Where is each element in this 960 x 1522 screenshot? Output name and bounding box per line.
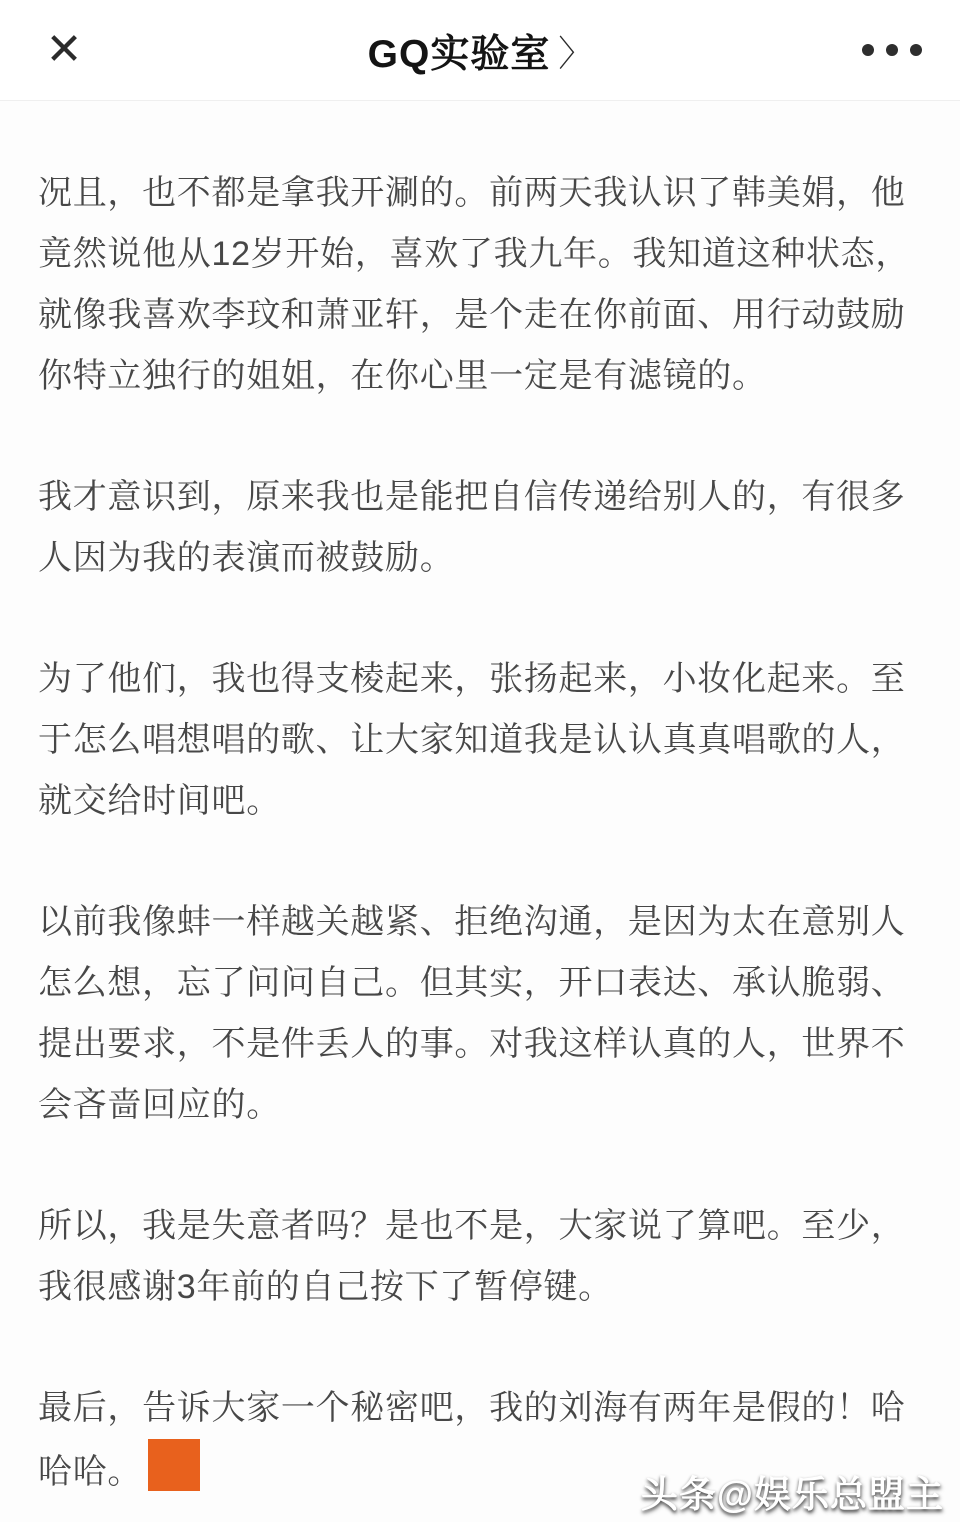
more-dot: [886, 44, 898, 56]
more-menu-icon[interactable]: [852, 24, 932, 76]
top-nav-bar: ✕ GQ实验室 〉: [0, 0, 960, 101]
nav-title-area: GQ实验室 〉: [0, 0, 960, 101]
paragraph: 以前我像蚌一样越关越紧、拒绝沟通，是因为太在意别人 怎么想，忘了问问自己。但其实…: [38, 892, 922, 1136]
chevron-right-icon: 〉: [558, 25, 592, 76]
article-body: 况且，也不都是拿我开涮的。前两天我认识了韩美娟，他 竟然说他从12岁开始，喜欢了…: [0, 101, 960, 1503]
page-title: GQ实验室: [368, 23, 551, 79]
paragraph: 我才意识到，原来我也是能把自信传递给别人的，有很多 人因为我的表演而被鼓励。: [38, 467, 922, 589]
paragraph: 为了他们，我也得支棱起来，张扬起来，小妆化起来。至 于怎么唱想唱的歌、让大家知道…: [38, 649, 922, 832]
account-title-link[interactable]: GQ实验室 〉: [368, 23, 593, 79]
end-of-article-marker: [148, 1439, 200, 1491]
more-dot: [862, 44, 874, 56]
more-dot: [910, 44, 922, 56]
close-icon[interactable]: ✕: [36, 22, 92, 78]
article-screen: ✕ GQ实验室 〉 况且，也不都是拿我开涮的。前两天我认识了韩美娟，他 竟然说他…: [0, 0, 960, 1522]
paragraph: 所以，我是失意者吗？是也不是，大家说了算吧。至少， 我很感谢3年前的自己按下了暂…: [38, 1196, 922, 1318]
paragraph: 最后，告诉大家一个秘密吧，我的刘海有两年是假的！哈 哈哈。: [38, 1378, 922, 1503]
paragraph: 况且，也不都是拿我开涮的。前两天我认识了韩美娟，他 竟然说他从12岁开始，喜欢了…: [38, 163, 922, 407]
